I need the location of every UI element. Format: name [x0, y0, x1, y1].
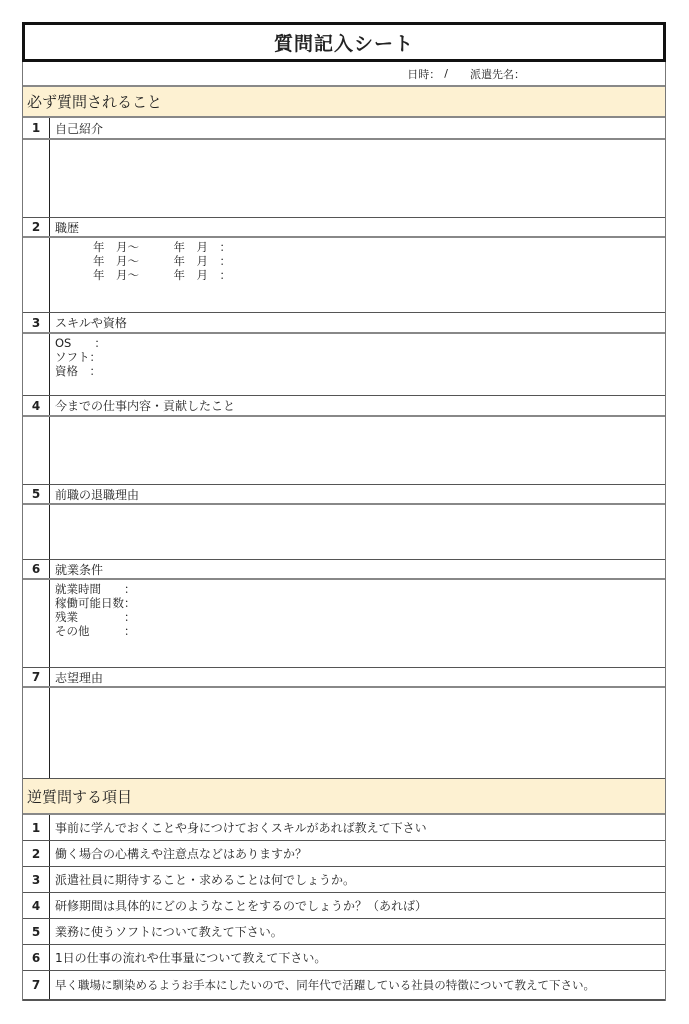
answer-cell[interactable]: 就業時間 ： 稼働可能日数： 残業 ： その他 ： [50, 580, 665, 667]
question-row: 6 就業条件 [23, 560, 665, 580]
question-number: 1 [23, 815, 50, 840]
question-text: 1日の仕事の流れや仕事量について教えて下さい。 [50, 945, 665, 970]
answer-area[interactable] [23, 417, 665, 485]
answer-cell[interactable] [50, 688, 665, 778]
answer-cell[interactable] [50, 417, 665, 484]
question-row: 2 職歴 [23, 218, 665, 238]
question-label: 就業条件 [50, 560, 665, 578]
number-spacer [23, 334, 50, 395]
sheet-title: 質問記入シート [22, 22, 666, 62]
question-text: 早く職場に馴染めるようお手本にしたいので、同年代で活躍している社員の特徴について… [50, 971, 665, 999]
question-number: 4 [23, 893, 50, 918]
question-number: 3 [23, 313, 50, 332]
question-label: 自己紹介 [50, 118, 665, 138]
question-number: 4 [23, 396, 50, 415]
answer-cell[interactable] [50, 140, 665, 217]
condition-line: 就業時間 ： [55, 582, 136, 596]
answer-area[interactable]: 就業時間 ： 稼働可能日数： 残業 ： その他 ： [23, 580, 665, 668]
reverse-question-row: 1 事前に学んでおくことや身につけておくスキルがあれば教えて下さい [23, 815, 665, 841]
question-row: 5 前職の退職理由 [23, 485, 665, 505]
date-row: 日時： / 派遣先名： [23, 62, 665, 87]
reverse-question-row: 4 研修期間は具体的にどのようなことをするのでしょうか？（あれば） [23, 893, 665, 919]
answer-cell[interactable] [50, 505, 665, 559]
question-number: 3 [23, 867, 50, 892]
question-label: 前職の退職理由 [50, 485, 665, 503]
date-label: 日時： [407, 66, 440, 82]
reverse-question-row: 3 派遣社員に期待すること・求めることは何でしょうか。 [23, 867, 665, 893]
question-text: 働く場合の心構えや注意点などはありますか？ [50, 841, 665, 866]
question-text: 業務に使うソフトについて教えて下さい。 [50, 919, 665, 944]
answer-area[interactable]: OS ： ソフト： 資格 ： [23, 334, 665, 396]
skill-line: ソフト： [55, 350, 101, 364]
question-number: 6 [23, 560, 50, 578]
question-number: 5 [23, 485, 50, 503]
sheet-grid: 日時： / 派遣先名： 必ず質問されること 1 自己紹介 2 職歴 年 月～ 年… [22, 62, 666, 1001]
question-sheet: 質問記入シート 日時： / 派遣先名： 必ず質問されること 1 自己紹介 2 職… [22, 22, 666, 1001]
condition-line: 稼働可能日数： [55, 596, 136, 610]
reverse-question-row: 6 1日の仕事の流れや仕事量について教えて下さい。 [23, 945, 665, 971]
question-label: スキルや資格 [50, 313, 665, 332]
answer-area[interactable] [23, 140, 665, 218]
answer-cell[interactable]: OS ： ソフト： 資格 ： [50, 334, 665, 395]
answer-area[interactable] [23, 505, 665, 560]
number-spacer [23, 505, 50, 559]
question-number: 7 [23, 971, 50, 999]
reverse-question-row: 2 働く場合の心構えや注意点などはありますか？ [23, 841, 665, 867]
number-spacer [23, 580, 50, 667]
answer-area[interactable] [23, 688, 665, 778]
question-number: 5 [23, 919, 50, 944]
number-spacer [23, 688, 50, 778]
question-row: 4 今までの仕事内容・貢献したこと [23, 396, 665, 417]
question-number: 2 [23, 218, 50, 236]
question-label: 志望理由 [50, 668, 665, 686]
career-line: 年 月～ 年 月 ： [55, 254, 231, 268]
question-label: 職歴 [50, 218, 665, 236]
question-text: 研修期間は具体的にどのようなことをするのでしょうか？（あれば） [50, 893, 665, 918]
question-text: 派遣社員に期待すること・求めることは何でしょうか。 [50, 867, 665, 892]
answer-cell[interactable]: 年 月～ 年 月 ： 年 月～ 年 月 ： 年 月～ 年 月 ： [50, 238, 665, 312]
section-reverse-questions: 逆質問する項目 [23, 778, 665, 815]
question-row: 3 スキルや資格 [23, 313, 665, 334]
question-number: 6 [23, 945, 50, 970]
career-line: 年 月～ 年 月 ： [55, 240, 231, 254]
career-line: 年 月～ 年 月 ： [55, 268, 231, 282]
question-number: 1 [23, 118, 50, 138]
question-number: 2 [23, 841, 50, 866]
skill-line: 資格 ： [55, 364, 101, 378]
question-row: 7 志望理由 [23, 668, 665, 688]
date-field[interactable]: / [444, 67, 448, 80]
reverse-question-row: 7 早く職場に馴染めるようお手本にしたいので、同年代で活躍している社員の特徴につ… [23, 971, 665, 1001]
number-spacer [23, 417, 50, 484]
skill-line: OS ： [55, 336, 106, 350]
question-row: 1 自己紹介 [23, 118, 665, 140]
answer-area[interactable]: 年 月～ 年 月 ： 年 月～ 年 月 ： 年 月～ 年 月 ： [23, 238, 665, 313]
reverse-question-row: 5 業務に使うソフトについて教えて下さい。 [23, 919, 665, 945]
number-spacer [23, 140, 50, 217]
section-required-questions: 必ず質問されること [23, 87, 665, 118]
dispatch-label[interactable]: 派遣先名： [470, 66, 525, 82]
condition-line: その他 ： [55, 624, 136, 638]
question-label: 今までの仕事内容・貢献したこと [50, 396, 665, 415]
number-spacer [23, 238, 50, 312]
question-text: 事前に学んでおくことや身につけておくスキルがあれば教えて下さい [50, 815, 665, 840]
question-number: 7 [23, 668, 50, 686]
condition-line: 残業 ： [55, 610, 136, 624]
